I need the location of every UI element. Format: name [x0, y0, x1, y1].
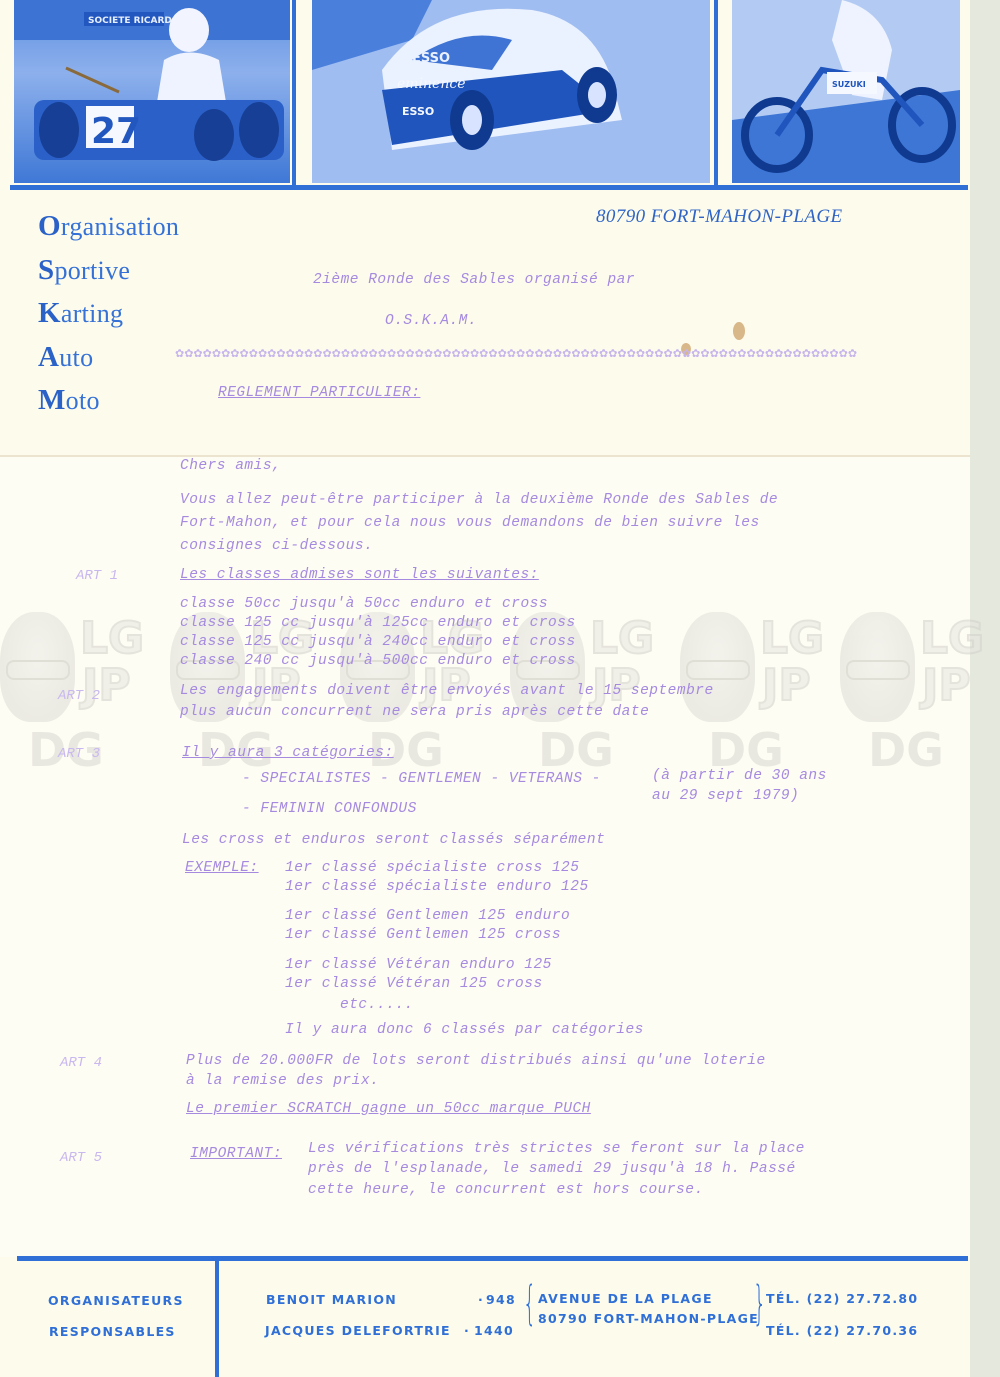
scratch-prize: Le premier SCRATCH gagne un 50cc marque …: [186, 1101, 591, 1117]
logo-line: Moto: [38, 382, 179, 426]
footer-label-organisers: ORGANISATEURS: [48, 1293, 184, 1308]
svg-text:SOCIETE RICARD: SOCIETE RICARD: [88, 16, 172, 26]
separate-note: Les cross et enduros seront classés sépa…: [182, 832, 605, 848]
intro-paragraph-line: consignes ci-dessous.: [180, 538, 373, 554]
svg-text:SUZUKI: SUZUKI: [832, 80, 866, 89]
logo-line: Karting: [38, 295, 179, 339]
class-line: classe 125 cc jusqu'à 240cc enduro et cr…: [180, 634, 576, 650]
portrait-icon: [0, 612, 75, 722]
example-line: 1er classé Gentlemen 125 cross: [285, 927, 561, 943]
footer-person-name: BENOIT MARION: [266, 1292, 397, 1307]
svg-text:27: 27: [91, 111, 141, 152]
photo-motocross: SUZUKI: [732, 0, 960, 183]
kart-illustration-icon: SOCIETE RICARD 27: [14, 0, 290, 183]
categories-line: - FEMININ CONFONDUS: [242, 801, 417, 817]
logo-line: Organisation: [38, 208, 179, 252]
header-rule: [10, 185, 968, 190]
brace-icon: }: [753, 1280, 766, 1326]
brace-icon: {: [523, 1280, 536, 1326]
organizer-acronym: O.S.K.A.M.: [385, 313, 477, 329]
class-line: classe 240 cc jusqu'à 500cc enduro et cr…: [180, 653, 576, 669]
footer-divider: [215, 1259, 219, 1377]
motorbike-illustration-icon: SUZUKI: [732, 0, 960, 183]
article-line: Les vérifications très strictes se feron…: [308, 1141, 805, 1157]
class-line: classe 50cc jusqu'à 50cc enduro et cross: [180, 596, 548, 612]
article-label: ART 2: [58, 688, 100, 704]
event-intro: 2ième Ronde des Sables organisé par: [313, 272, 635, 288]
star-divider: ✿✿✿✿✿✿✿✿✿✿✿✿✿✿✿✿✿✿✿✿✿✿✿✿✿✿✿✿✿✿✿✿✿✿✿✿✿✿✿✿…: [175, 347, 945, 360]
photo-divider: [292, 0, 296, 186]
article-title: Les classes admises sont les suivantes:: [180, 567, 539, 583]
osk-am-logo: Organisation Sportive Karting Auto Moto: [38, 208, 179, 426]
example-line: 1er classé Gentlemen 125 enduro: [285, 908, 570, 924]
age-note: (à partir de 30 ans: [652, 768, 827, 784]
footer-person-separator: ·: [464, 1323, 470, 1338]
categories-line: - SPECIALISTES - GENTLEMEN - VETERANS -: [242, 771, 601, 787]
article-label: ART 1: [76, 568, 118, 584]
class-line: classe 125 cc jusqu'à 125cc enduro et cr…: [180, 615, 576, 631]
portrait-icon: [840, 612, 915, 722]
article-line: Plus de 20.000FR de lots seront distribu…: [186, 1053, 766, 1069]
svg-text:eminence: eminence: [397, 76, 465, 92]
article-label: ART 4: [60, 1055, 102, 1071]
logo-line: Sportive: [38, 252, 179, 296]
article-title: Il y aura 3 catégories:: [182, 745, 394, 761]
footer-rule: [17, 1256, 968, 1261]
examples-label: EXEMPLE:: [185, 860, 259, 876]
intro-paragraph-line: Fort-Mahon, et pour cela nous vous deman…: [180, 515, 760, 531]
watermark: LG JP DG: [840, 612, 1000, 782]
footer-phone: TÉL. (22) 27.70.36: [766, 1323, 918, 1338]
car-illustration-icon: ESSO eminence ESSO: [312, 0, 710, 183]
article-line: plus aucun concurrent ne sera pris après…: [180, 704, 649, 720]
photo-rally-car: ESSO eminence ESSO: [312, 0, 710, 183]
article-line: à la remise des prix.: [186, 1073, 379, 1089]
footer-phone: TÉL. (22) 27.72.80: [766, 1291, 918, 1306]
svg-text:ESSO: ESSO: [402, 105, 434, 118]
footer-person-separator: ·: [478, 1292, 484, 1307]
example-etc: etc.....: [340, 997, 414, 1013]
age-note: au 29 sept 1979): [652, 788, 799, 804]
article-line: Les engagements doivent être envoyés ava…: [180, 683, 714, 699]
footer-person-name: JACQUES DELEFORTRIE: [265, 1323, 451, 1338]
greeting: Chers amis,: [180, 458, 281, 474]
paper-stain: [733, 322, 745, 340]
svg-text:ESSO: ESSO: [412, 51, 450, 66]
footer-person-number: 948: [486, 1292, 516, 1307]
footer-label-responsables: RESPONSABLES: [49, 1324, 176, 1339]
example-line: 1er classé spécialiste cross 125: [285, 860, 579, 876]
footer-address-city: 80790 FORT-MAHON-PLAGE: [538, 1311, 759, 1326]
photo-divider: [714, 0, 718, 186]
photo-karting: SOCIETE RICARD 27: [14, 0, 290, 183]
example-line: 1er classé Vétéran enduro 125: [285, 957, 552, 973]
important-label: IMPORTANT:: [190, 1146, 282, 1162]
header-city: 80790 FORT-MAHON-PLAGE: [596, 206, 842, 228]
example-line: 1er classé Vétéran 125 cross: [285, 976, 543, 992]
article-line: cette heure, le concurrent est hors cour…: [308, 1182, 704, 1198]
summary-line: Il y aura donc 6 classés par catégories: [285, 1022, 644, 1038]
portrait-icon: [680, 612, 755, 722]
footer-address-street: AVENUE DE LA PLAGE: [538, 1291, 713, 1306]
article-label: ART 3: [58, 746, 100, 762]
example-line: 1er classé spécialiste enduro 125: [285, 879, 589, 895]
section-title: REGLEMENT PARTICULIER:: [218, 385, 420, 401]
footer-person-number: 1440: [474, 1323, 514, 1338]
logo-line: Auto: [38, 339, 179, 383]
intro-paragraph-line: Vous allez peut-être participer à la deu…: [180, 492, 778, 508]
article-label: ART 5: [60, 1150, 102, 1166]
article-line: près de l'esplanade, le samedi 29 jusqu'…: [308, 1161, 796, 1177]
